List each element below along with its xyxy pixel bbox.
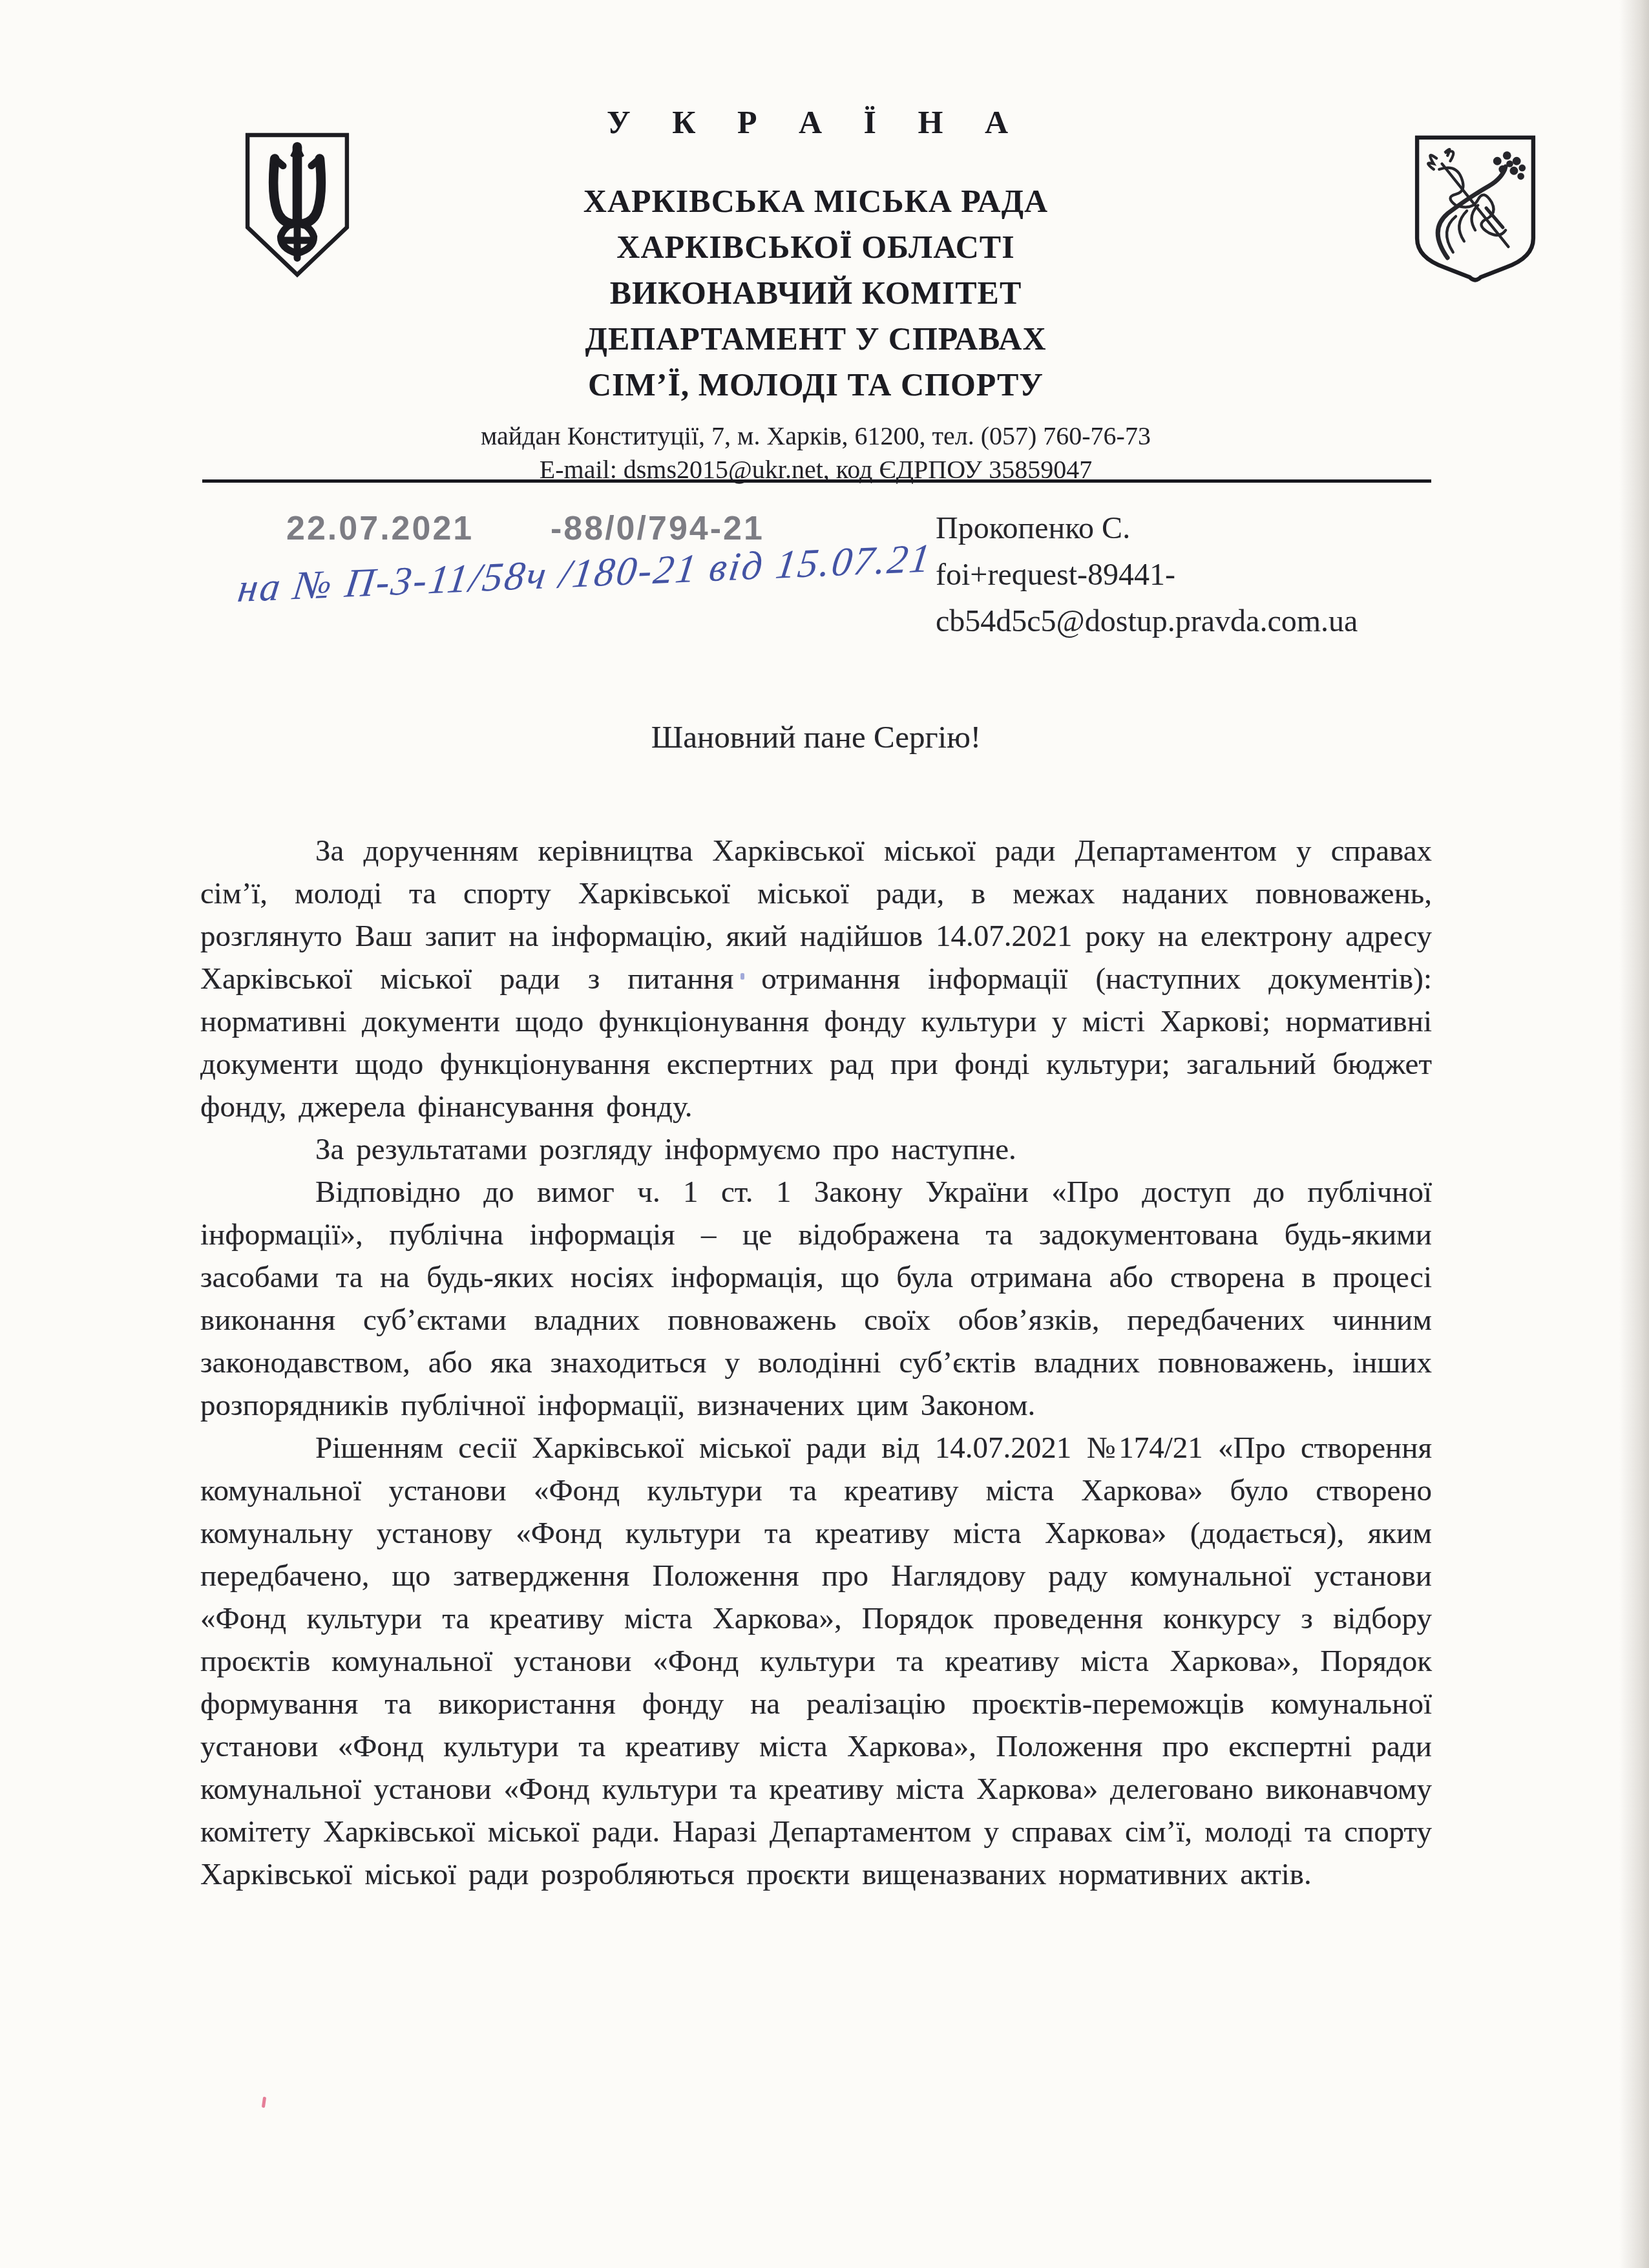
letterhead-divider xyxy=(202,479,1431,483)
outgoing-date: 22.07.2021 xyxy=(286,509,474,548)
letterhead: У К Р А Ї Н А ХАРКІВСЬКА МІСЬКА РАДА ХАР… xyxy=(200,103,1431,487)
paragraph-4: Рішенням сесії Харківської міської ради … xyxy=(200,1427,1432,1896)
country-title: У К Р А Ї Н А xyxy=(200,103,1431,141)
paragraph-2: За результатами розгляду інформуємо про … xyxy=(200,1128,1432,1171)
outgoing-number: -88/0/794-21 xyxy=(551,509,764,548)
paragraph-1: За дорученням керівництва Харківської мі… xyxy=(200,830,1432,1128)
letter-body: Шановний пане Сергію! За дорученням кері… xyxy=(200,716,1432,1896)
salutation: Шановний пане Сергію! xyxy=(200,716,1432,759)
paragraph-3: Відповідно до вимог ч. 1 ст. 1 Закону Ук… xyxy=(200,1171,1432,1427)
scanner-edge-shadow xyxy=(1619,0,1649,2268)
org-line-2: ХАРКІВСЬКОЇ ОБЛАСТІ xyxy=(200,224,1431,270)
recipient-name: Прокопенко С. xyxy=(936,505,1491,552)
scan-artifact-blue-dot xyxy=(740,973,744,980)
org-line-1: ХАРКІВСЬКА МІСЬКА РАДА xyxy=(200,178,1431,224)
org-line-5: СІМ’Ї, МОЛОДІ ТА СПОРТУ xyxy=(200,362,1431,408)
recipient-email-part1: foi+request-89441- xyxy=(936,552,1491,598)
recipient-email-part2: cb54d5c5@dostup.pravda.com.ua xyxy=(936,598,1491,645)
org-line-4: ДЕПАРТАМЕНТ У СПРАВАХ xyxy=(200,316,1431,362)
scan-artifact-pink-mark xyxy=(262,2097,266,2108)
recipient-block: Прокопенко С. foi+request-89441- cb54d5c… xyxy=(936,505,1491,645)
org-line-3: ВИКОНАВЧИЙ КОМІТЕТ xyxy=(200,270,1431,316)
org-address: майдан Конституції, 7, м. Харків, 61200,… xyxy=(200,419,1431,453)
scanned-letter-page: У К Р А Ї Н А ХАРКІВСЬКА МІСЬКА РАДА ХАР… xyxy=(0,0,1649,2268)
